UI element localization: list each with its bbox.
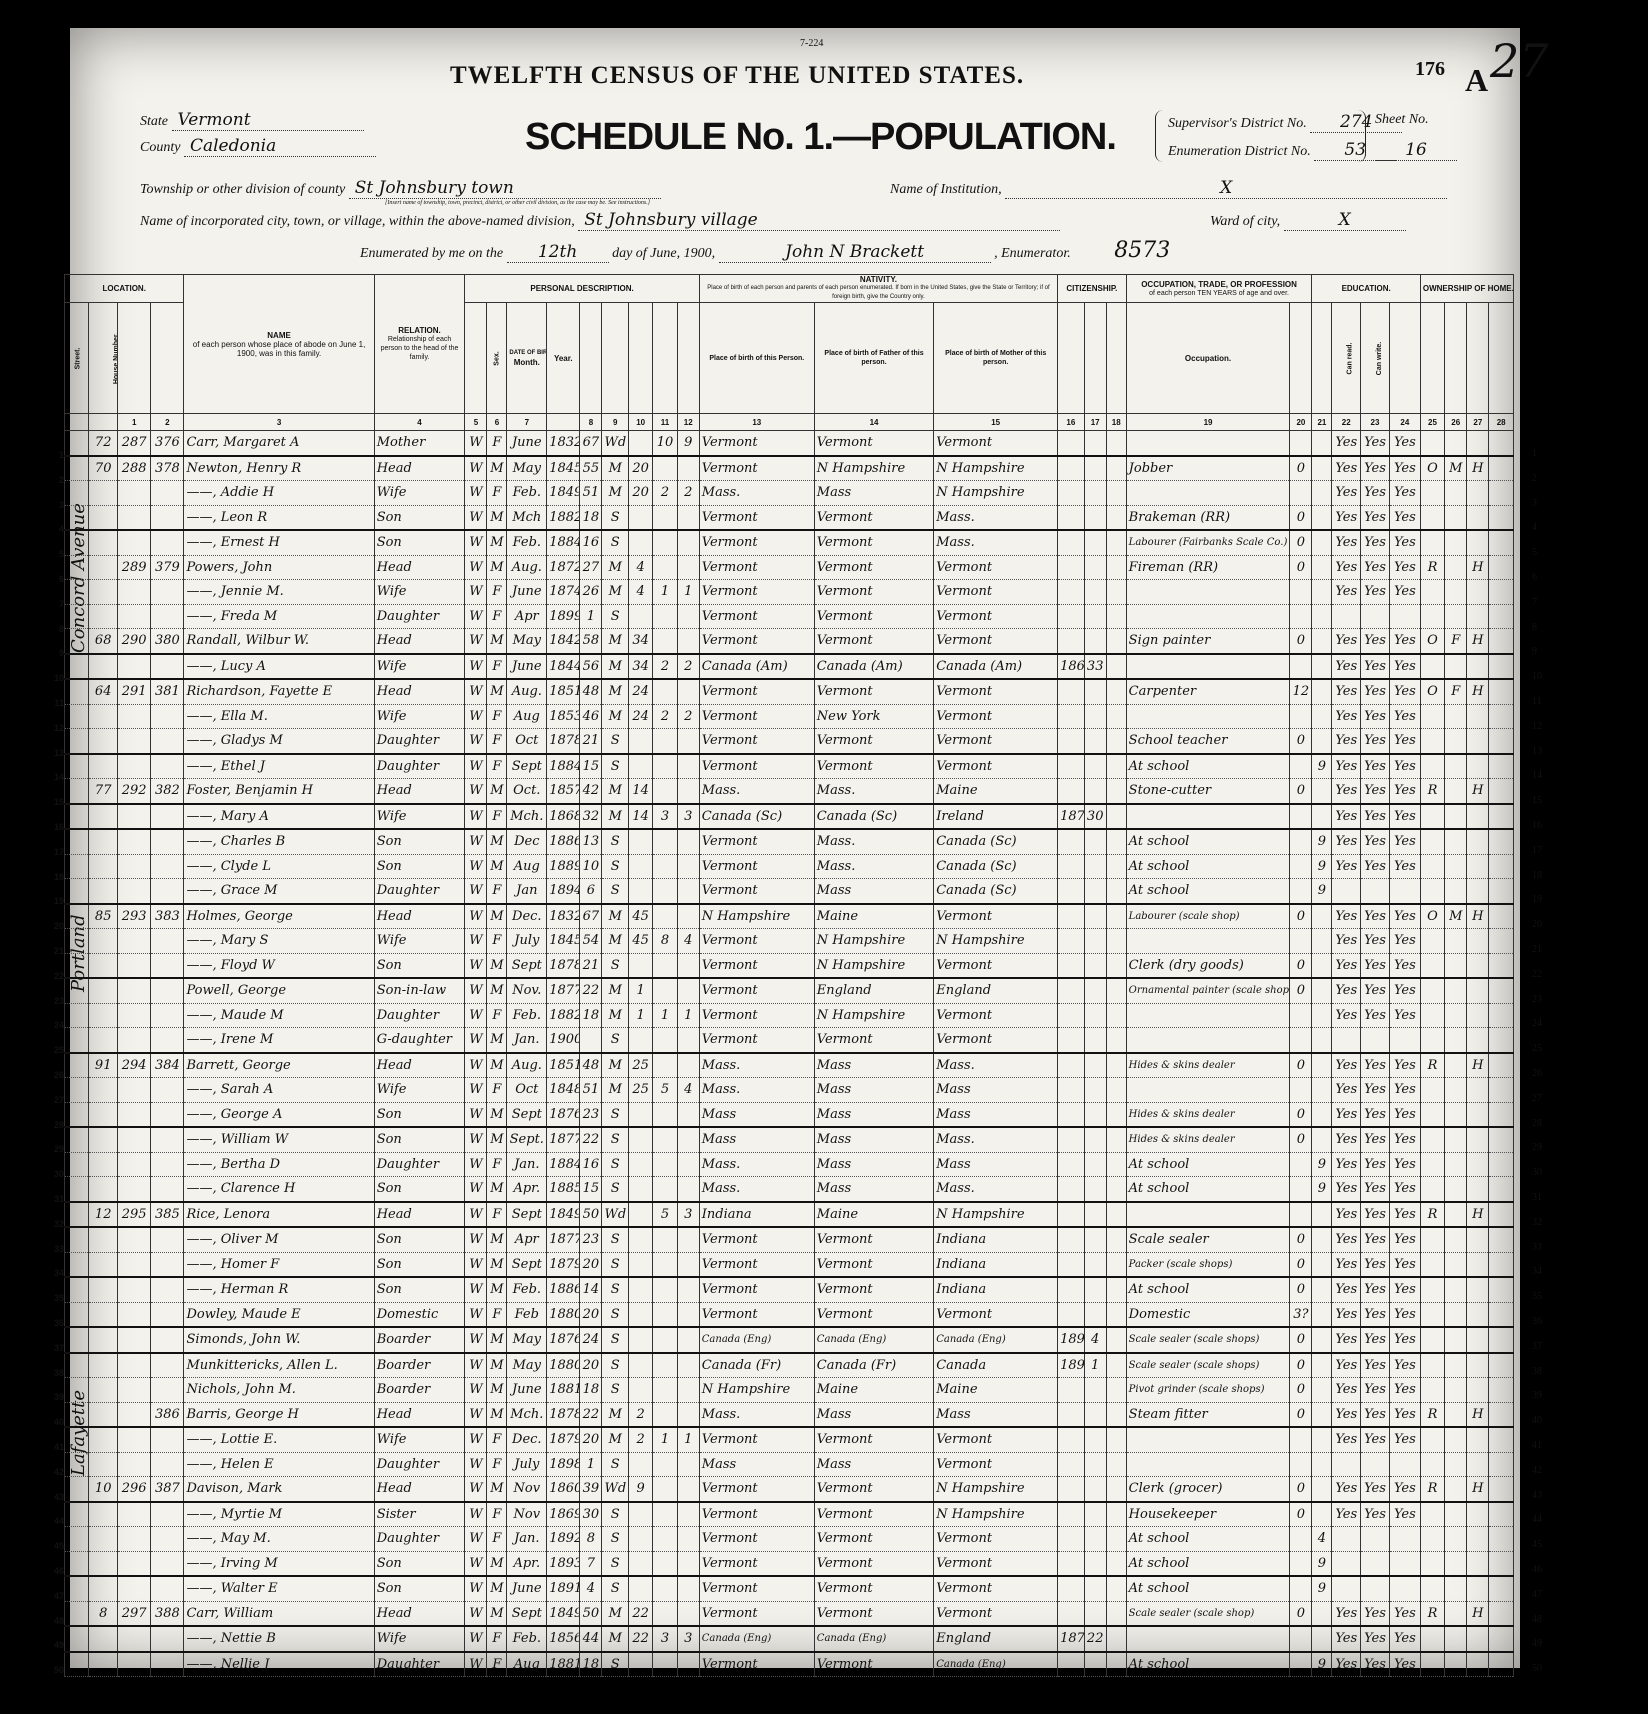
family-number: 383 (151, 904, 184, 929)
owned-rented (1420, 978, 1444, 1003)
house-number (89, 953, 118, 978)
sex: M (487, 505, 507, 530)
farm-house (1467, 1102, 1489, 1127)
birth-year: 1900 (547, 1028, 580, 1053)
relation: Son (374, 953, 465, 978)
farm-house (1467, 1277, 1489, 1302)
immigration-year (1058, 754, 1085, 779)
birthplace-mother: Mass (934, 1152, 1058, 1177)
house-number (89, 729, 118, 754)
birth-year: 1878 (547, 729, 580, 754)
months-unemployed (1290, 829, 1312, 854)
children-living (677, 1152, 699, 1177)
children-living (677, 1502, 699, 1527)
row-number: 4 (1532, 522, 1550, 533)
naturalization (1106, 1378, 1126, 1403)
row-number: 7 (1532, 597, 1550, 608)
relation: Head (374, 456, 465, 481)
occupation (1126, 1452, 1290, 1477)
can-write: Yes (1361, 1378, 1390, 1403)
dwelling-number: 289 (118, 555, 151, 580)
years-married: 2 (629, 1402, 653, 1427)
can-speak-english (1389, 604, 1420, 629)
family-number (151, 1102, 184, 1127)
family-number: 379 (151, 555, 184, 580)
street (65, 1626, 89, 1652)
birthplace-person: Canada (Eng) (699, 1626, 814, 1652)
free-mortgaged (1445, 1402, 1467, 1427)
birth-year: 1884 (547, 530, 580, 555)
row-number: 33 (1532, 1242, 1550, 1253)
birthplace-father: Vermont (814, 629, 933, 654)
can-read: Yes (1332, 1202, 1361, 1228)
person-name: Carr, Margaret A (184, 431, 374, 456)
house-number: 12 (89, 1202, 118, 1228)
owned-rented (1420, 1078, 1444, 1103)
farm-schedule (1489, 1626, 1514, 1652)
birthplace-person: Mass (699, 1127, 814, 1152)
occupation: Hides & skins dealer (1126, 1102, 1290, 1127)
person-name: Dowley, Maude E (184, 1302, 374, 1327)
table-row: Nichols, John M.BoarderWMJune188118SN Ha… (65, 1378, 1514, 1403)
township-label: Township or other division of county (140, 182, 345, 197)
can-read: Yes (1332, 431, 1361, 456)
birthplace-mother: Canada (Sc) (934, 854, 1058, 879)
dwelling-number (118, 1626, 151, 1652)
street (65, 629, 89, 654)
years-married (629, 1576, 653, 1601)
sex: F (487, 1452, 507, 1477)
state-value: Vermont (172, 110, 364, 131)
farm-house (1467, 754, 1489, 779)
immigration-year: 1867 (1058, 654, 1085, 680)
naturalization (1106, 1202, 1126, 1228)
free-mortgaged (1445, 879, 1467, 904)
years-in-us (1084, 530, 1106, 555)
birthplace-mother: Maine (934, 1378, 1058, 1403)
owned-rented (1420, 953, 1444, 978)
naturalization (1106, 456, 1126, 481)
can-write: Yes (1361, 779, 1390, 804)
birth-month: Dec (507, 829, 547, 854)
children-living: 1 (677, 1427, 699, 1452)
can-write: Yes (1361, 1277, 1390, 1302)
can-speak-english: Yes (1389, 580, 1420, 605)
dwelling-number (118, 978, 151, 1003)
color: W (465, 1353, 487, 1378)
mother-of (653, 456, 677, 481)
birth-month: Nov. (507, 978, 547, 1003)
table-row: ——, Floyd WSonWMSept187821SVermontN Hamp… (65, 953, 1514, 978)
school-months (1312, 904, 1332, 929)
immigration-year (1058, 1527, 1085, 1552)
children-living (677, 629, 699, 654)
birth-year: 1877 (547, 978, 580, 1003)
marital-status: S (602, 1227, 629, 1252)
sex: F (487, 1202, 507, 1228)
relation: Son (374, 1252, 465, 1277)
family-number (151, 1378, 184, 1403)
years-in-us (1084, 829, 1106, 854)
person-name: Powers, John (184, 555, 374, 580)
owned-rented (1420, 854, 1444, 879)
dwelling-number (118, 1327, 151, 1353)
can-read: Yes (1332, 1378, 1361, 1403)
free-mortgaged (1445, 1576, 1467, 1601)
row-number: 17 (50, 847, 64, 857)
relation: Wife (374, 580, 465, 605)
can-read: Yes (1332, 679, 1361, 704)
row-number: 6 (50, 574, 64, 584)
birthplace-mother: Mass. (934, 505, 1058, 530)
farm-schedule (1489, 1427, 1514, 1452)
column-number: 10 (629, 414, 653, 431)
children-living: 4 (677, 929, 699, 954)
can-speak-english: Yes (1389, 1402, 1420, 1427)
children-living: 2 (677, 481, 699, 506)
row-number: 46 (1532, 1564, 1550, 1575)
dwelling-number (118, 1652, 151, 1677)
months-unemployed (1290, 1452, 1312, 1477)
birthplace-father: Maine (814, 1378, 933, 1403)
street (65, 1302, 89, 1327)
farm-schedule (1489, 1378, 1514, 1403)
table-row: ——, May M.DaughterWFJan.18928SVermontVer… (65, 1527, 1514, 1552)
dwelling-number (118, 879, 151, 904)
dwelling-number (118, 1078, 151, 1103)
can-speak-english: Yes (1389, 679, 1420, 704)
can-write: Yes (1361, 1302, 1390, 1327)
immigration-year (1058, 953, 1085, 978)
marital-status: M (602, 929, 629, 954)
immigration-year (1058, 829, 1085, 854)
owned-rented (1420, 530, 1444, 555)
house-number (89, 1452, 118, 1477)
table-row: ——, Walter ESonWMJune18914SVermontVermon… (65, 1576, 1514, 1601)
owned-rented (1420, 1302, 1444, 1327)
row-number: 16 (50, 822, 64, 832)
farm-house: H (1467, 779, 1489, 804)
can-speak-english: Yes (1389, 978, 1420, 1003)
can-speak-english: Yes (1389, 953, 1420, 978)
farm-house (1467, 1302, 1489, 1327)
district-brace-left (1155, 110, 1166, 162)
marital-status: S (602, 829, 629, 854)
farm-schedule (1489, 1502, 1514, 1527)
dwelling-number (118, 1102, 151, 1127)
can-speak-english: Yes (1389, 1127, 1420, 1152)
children-living (677, 505, 699, 530)
farm-house (1467, 1252, 1489, 1277)
enumerator-label: , Enumerator. (994, 246, 1071, 261)
birth-year: 1860 (547, 1477, 580, 1502)
house-number: 72 (89, 431, 118, 456)
can-write: Yes (1361, 555, 1390, 580)
row-number: 26 (1532, 1068, 1550, 1079)
school-months (1312, 1452, 1332, 1477)
table-row: Powell, GeorgeSon-in-lawWMNov.187722M1Ve… (65, 978, 1514, 1003)
can-write: Yes (1361, 1402, 1390, 1427)
can-speak-english (1389, 1576, 1420, 1601)
school-months (1312, 1028, 1332, 1053)
table-row: ——, Clyde LSonWMAug188910SVermontMass.Ca… (65, 854, 1514, 879)
immigration-year: 1870 (1058, 804, 1085, 830)
immigration-year (1058, 704, 1085, 729)
column-number: 18 (1106, 414, 1126, 431)
years-married (629, 431, 653, 456)
color: W (465, 1028, 487, 1053)
years-married: 2 (629, 1427, 653, 1452)
years-married (629, 1551, 653, 1576)
immigration-year (1058, 1652, 1085, 1677)
person-name: Simonds, John W. (184, 1327, 374, 1353)
color: W (465, 1427, 487, 1452)
dwelling-number (118, 1177, 151, 1202)
marital-status: M (602, 779, 629, 804)
school-months (1312, 804, 1332, 830)
months-unemployed: 12 (1290, 679, 1312, 704)
nativity-header: NATIVITY. Place of birth of each person … (699, 275, 1057, 303)
years-married (629, 530, 653, 555)
children-living (677, 904, 699, 929)
occupation: At school (1126, 1652, 1290, 1677)
birthplace-father: N Hampshire (814, 456, 933, 481)
family-number (151, 879, 184, 904)
family-number (151, 1277, 184, 1302)
row-number: 7 (50, 599, 64, 609)
person-name: Foster, Benjamin H (184, 779, 374, 804)
person-name: ——, Homer F (184, 1252, 374, 1277)
marital-status: M (602, 1626, 629, 1652)
row-number: 15 (1532, 795, 1550, 806)
years-in-us (1084, 1402, 1106, 1427)
years-married: 25 (629, 1053, 653, 1078)
years-married: 24 (629, 679, 653, 704)
enumeration-day: 12th (507, 242, 609, 263)
age: 26 (580, 580, 602, 605)
children-living (677, 456, 699, 481)
occupation (1126, 1626, 1290, 1652)
table-row: ——, Lucy AWifeWFJune184456M3422Canada (A… (65, 654, 1514, 680)
row-number: 18 (50, 872, 64, 882)
children-living (677, 854, 699, 879)
free-mortgaged (1445, 1427, 1467, 1452)
can-write (1361, 1452, 1390, 1477)
street (65, 431, 89, 456)
free-mortgaged: F (1445, 629, 1467, 654)
stamp-page-number: 176 (1415, 58, 1445, 81)
can-write: Yes (1361, 431, 1390, 456)
mother-of (653, 754, 677, 779)
naturalization (1106, 879, 1126, 904)
months-unemployed (1290, 431, 1312, 456)
farm-house: H (1467, 1202, 1489, 1228)
age: 67 (580, 431, 602, 456)
dwelling-number (118, 505, 151, 530)
township-field: Township or other division of county St … (140, 178, 661, 199)
can-speak-english: Yes (1389, 1477, 1420, 1502)
naturalization (1106, 505, 1126, 530)
township-value: St Johnsbury town (349, 178, 661, 199)
years-in-us (1084, 978, 1106, 1003)
row-number: 18 (1532, 870, 1550, 881)
farm-house (1467, 1353, 1489, 1378)
farm-house (1467, 1003, 1489, 1028)
table-row: 64291381Richardson, Fayette EHeadWMAug.1… (65, 679, 1514, 704)
row-number: 14 (50, 772, 64, 782)
naturalization (1106, 654, 1126, 680)
dwelling-number (118, 1353, 151, 1378)
months-unemployed: 0 (1290, 1127, 1312, 1152)
years-married: 14 (629, 779, 653, 804)
age: 7 (580, 1551, 602, 1576)
months-unemployed (1290, 1003, 1312, 1028)
can-read: Yes (1332, 555, 1361, 580)
marital-status: M (602, 481, 629, 506)
birth-month: Feb. (507, 1277, 547, 1302)
street (65, 1477, 89, 1502)
can-write: Yes (1361, 1252, 1390, 1277)
immigration-year (1058, 1277, 1085, 1302)
age: 13 (580, 829, 602, 854)
immigration-year (1058, 854, 1085, 879)
column-number (65, 414, 89, 431)
sex: F (487, 481, 507, 506)
birth-year: 1872 (547, 555, 580, 580)
farm-house: H (1467, 1053, 1489, 1078)
column-number: 21 (1312, 414, 1332, 431)
years-in-us (1084, 704, 1106, 729)
house-number: 91 (89, 1053, 118, 1078)
farm-schedule (1489, 729, 1514, 754)
dwelling-number: 292 (118, 779, 151, 804)
children-living (677, 1053, 699, 1078)
birth-year: 1856 (547, 1626, 580, 1652)
column-number: 11 (653, 414, 677, 431)
house-number (89, 530, 118, 555)
school-months: 9 (1312, 754, 1332, 779)
immigration-year (1058, 978, 1085, 1003)
years-in-us (1084, 904, 1106, 929)
street (65, 555, 89, 580)
free-mortgaged (1445, 481, 1467, 506)
owned-rented (1420, 1502, 1444, 1527)
marital-status: S (602, 1277, 629, 1302)
sex: F (487, 1652, 507, 1677)
free-mortgaged (1445, 1502, 1467, 1527)
row-number: 8 (50, 624, 64, 634)
county-label: County (140, 140, 180, 155)
owned-rented: R (1420, 779, 1444, 804)
color: W (465, 978, 487, 1003)
column-number: 13 (699, 414, 814, 431)
can-read: Yes (1332, 953, 1361, 978)
farm-house (1467, 505, 1489, 530)
institution-value: X (1005, 178, 1447, 199)
family-number: 384 (151, 1053, 184, 1078)
color: W (465, 953, 487, 978)
farm-house: H (1467, 629, 1489, 654)
house-number (89, 1327, 118, 1353)
children-living (677, 729, 699, 754)
row-number: 39 (1532, 1390, 1550, 1401)
occupation (1126, 1202, 1290, 1228)
house-number (89, 1302, 118, 1327)
occupation (1126, 580, 1290, 605)
street (65, 1601, 89, 1626)
enumerator-name: John N Brackett (719, 242, 991, 263)
person-name: ——, Mary A (184, 804, 374, 830)
house-number (89, 555, 118, 580)
house-number (89, 1028, 118, 1053)
birthplace-mother: Indiana (934, 1227, 1058, 1252)
farm-schedule (1489, 978, 1514, 1003)
years-married: 34 (629, 654, 653, 680)
farm-schedule (1489, 1652, 1514, 1677)
years-in-us: 1 (1084, 1353, 1106, 1378)
farm-house (1467, 1652, 1489, 1677)
birth-year: 1893 (547, 1551, 580, 1576)
mother-of (653, 1152, 677, 1177)
birth-year: 1876 (547, 1327, 580, 1353)
birthplace-person: Vermont (699, 704, 814, 729)
immigration-year (1058, 1177, 1085, 1202)
table-row: 12295385Rice, LenoraHeadWFSept184950Wd53… (65, 1202, 1514, 1228)
row-number: 47 (1532, 1589, 1550, 1600)
relation-header: RELATION. Relationship of each person to… (374, 275, 465, 414)
birthplace-father: Canada (Eng) (814, 1626, 933, 1652)
row-number: 10 (1532, 671, 1550, 682)
farm-house: H (1467, 555, 1489, 580)
farm-schedule (1489, 1477, 1514, 1502)
street (65, 481, 89, 506)
months-unemployed: 0 (1290, 1327, 1312, 1353)
person-name: Powell, George (184, 978, 374, 1003)
column-number: 6 (487, 414, 507, 431)
population-table: LOCATION. NAME of each person whose plac… (64, 274, 1514, 1677)
can-write: Yes (1361, 1202, 1390, 1228)
dwelling-number (118, 1427, 151, 1452)
row-number: 16 (1532, 820, 1550, 831)
family-number (151, 1327, 184, 1353)
can-read: Yes (1332, 530, 1361, 555)
marital-status: S (602, 1327, 629, 1353)
school-months: 9 (1312, 854, 1332, 879)
birthplace-mother: Vermont (934, 729, 1058, 754)
birth-year: 1892 (547, 1527, 580, 1552)
person-name: Nichols, John M. (184, 1378, 374, 1403)
relation-header-desc: Relationship of each person to the head … (377, 335, 463, 362)
district-brace-right (1355, 110, 1366, 162)
street (65, 679, 89, 704)
children-living (677, 1576, 699, 1601)
children-living (677, 1177, 699, 1202)
birthplace-person: Vermont (699, 1427, 814, 1452)
house-number: 64 (89, 679, 118, 704)
family-number (151, 1427, 184, 1452)
color: W (465, 1477, 487, 1502)
birth-year: 1881 (547, 1652, 580, 1677)
sex: M (487, 1177, 507, 1202)
row-number: 1 (50, 450, 64, 460)
column-number (89, 414, 118, 431)
mother-of (653, 1177, 677, 1202)
column-number: 3 (184, 414, 374, 431)
birthplace-father: Maine (814, 904, 933, 929)
sex: M (487, 629, 507, 654)
relation: Wife (374, 481, 465, 506)
birthplace-person: Mass. (699, 1152, 814, 1177)
